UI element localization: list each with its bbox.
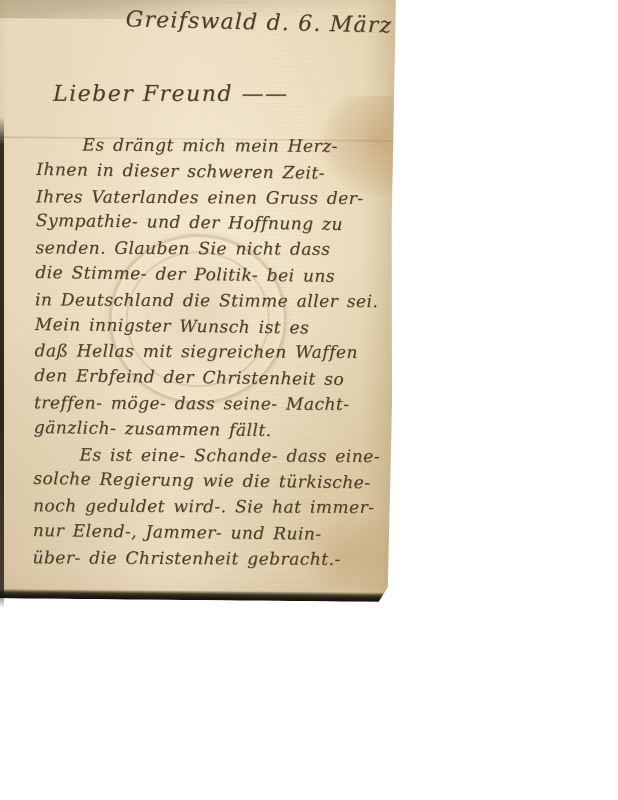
letter-line-4: Sympathie- und der Hoffnung zu (36, 211, 384, 241)
letter-line-15: noch geduldet wird-. Sie hat immer- (33, 496, 381, 524)
paper-bottom-edge-shadow (0, 589, 390, 602)
letter-line-14: solche Regierung wie die türkische- (33, 469, 381, 499)
letter-line-16: nur Elend-, Jammer- und Ruin- (33, 521, 381, 551)
letter-line-3: Ihres Vaterlandes einen Gruss der- (36, 187, 384, 215)
letter-line-11: treffen- möge- dass seine- Macht- (34, 393, 382, 421)
paper-stain (17, 624, 137, 665)
letter-line-9: daß Hellas mit siegreichen Waffen (34, 342, 382, 370)
letter-line-10: den Erbfeind der Christenheit so (34, 366, 382, 396)
letter-line-8: Mein innigster Wunsch ist es (35, 315, 383, 345)
letter-salutation: Lieber Freund —— (53, 82, 289, 107)
letter-body: Es drängt mich mein Herz- Ihnen in diese… (32, 135, 384, 577)
letter-line-7: in Deutschland die Stimme aller sei. (35, 290, 383, 318)
letter-line-1: Es drängt mich mein Herz- (36, 135, 384, 163)
letter-line-5: senden. Glauben Sie nicht dass (35, 238, 383, 266)
letter-paper: Greifswald d. 6. März 97 Lieber Freund —… (0, 0, 396, 602)
letter-line-2: Ihnen in dieser schweren Zeit- (36, 160, 384, 190)
letter-line-12: gänzlich- zusammen fällt. (34, 418, 382, 448)
scan-left-edge-shadow (0, 116, 4, 608)
letter-line-13: Es ist eine- Schande- dass eine- (33, 445, 381, 473)
letter-line-6: die Stimme- der Politik- bei uns (35, 263, 383, 293)
scan-canvas: Greifswald d. 6. März 97 Lieber Freund —… (0, 0, 618, 800)
letter-line-17: über- die Christenheit gebracht.- (32, 548, 380, 576)
